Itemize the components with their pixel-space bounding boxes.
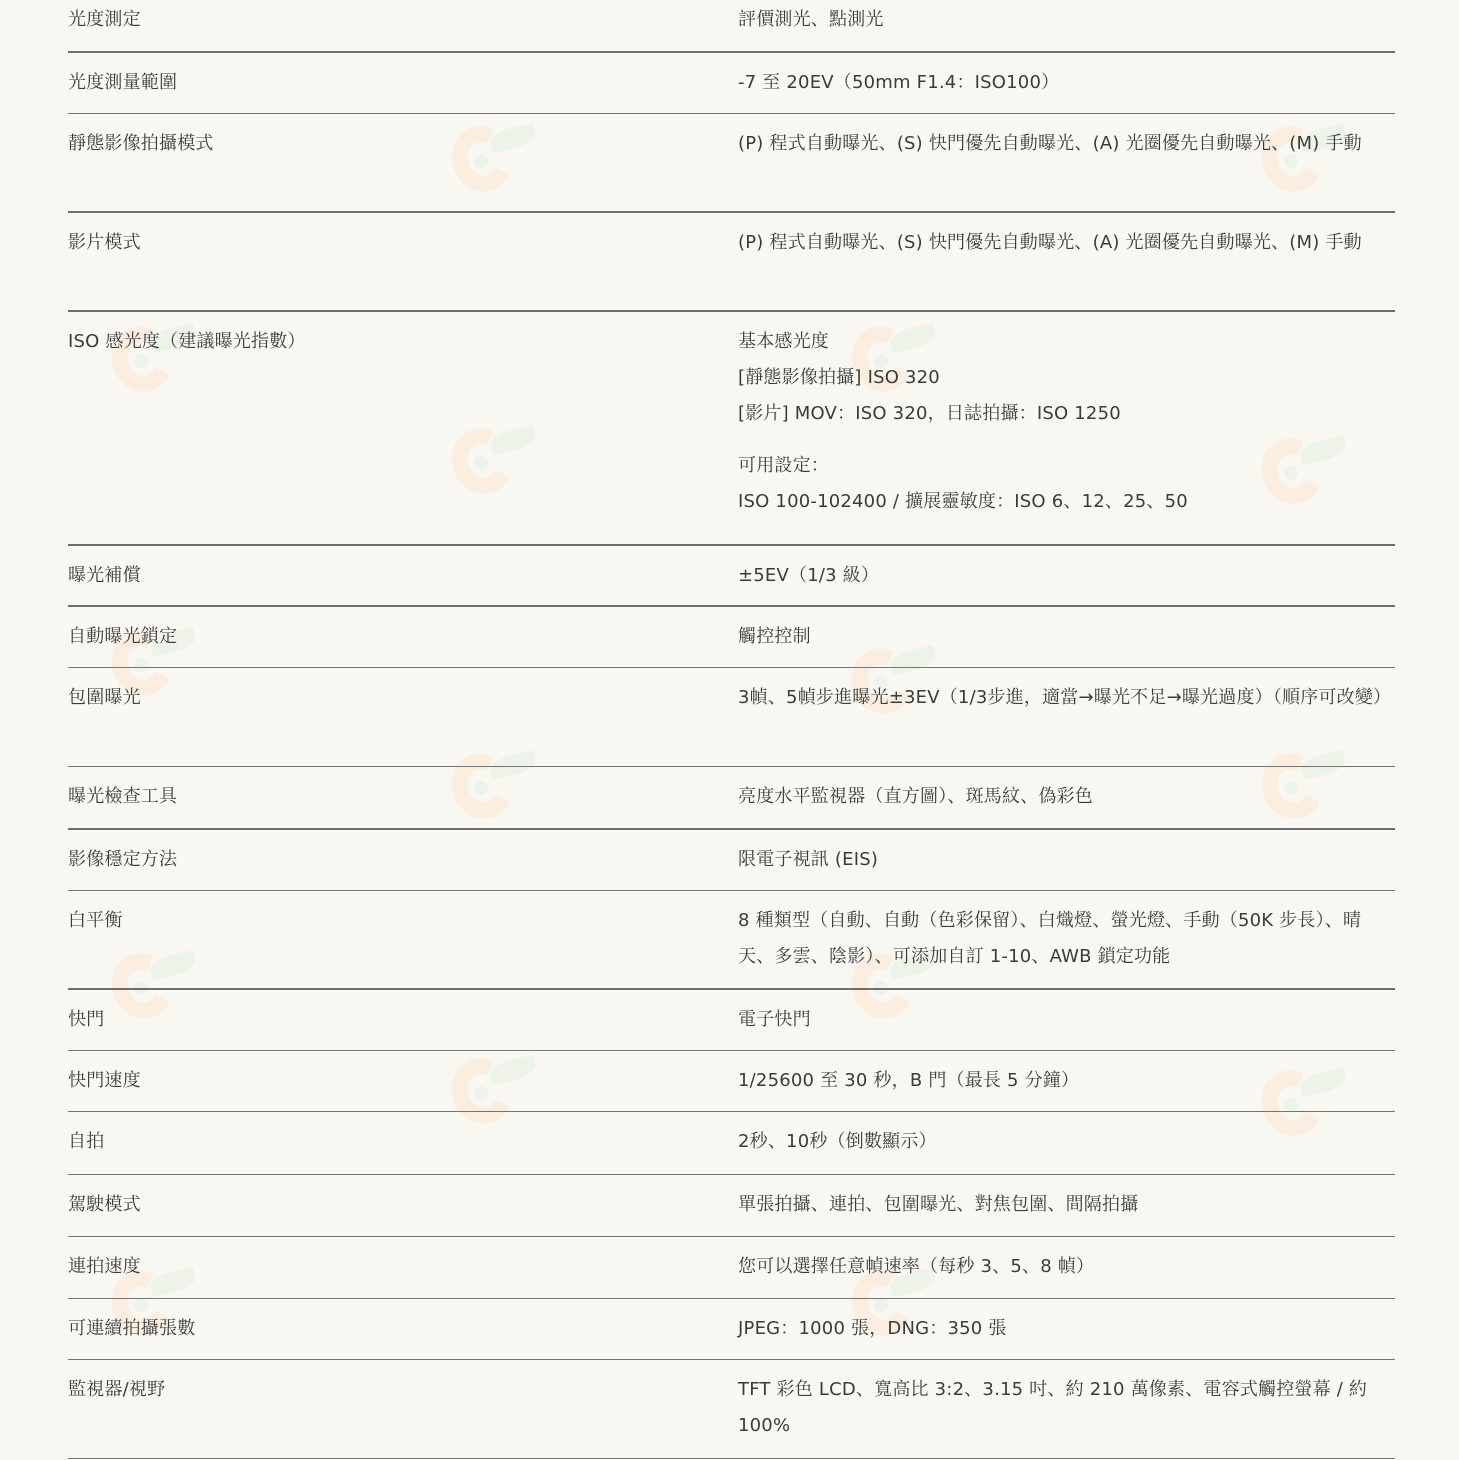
spec-value: 1/25600 至 30 秒，B 門（最長 5 分鐘） [738, 1051, 1395, 1111]
spec-label: 監視器/視野 [68, 1360, 738, 1458]
spec-label: 影像穩定方法 [68, 830, 738, 890]
spec-row-burst-speed: 連拍速度 您可以選擇任意幀速率（每秒 3、5、8 幀） [68, 1237, 1395, 1299]
spec-label: 自拍 [68, 1112, 738, 1174]
spec-row-metering-range: 光度測量範圍 -7 至 20EV（50mm F1.4：ISO100） [68, 53, 1395, 114]
spec-value: ±5EV（1/3 級） [738, 546, 1395, 605]
spec-value: TFT 彩色 LCD、寬高比 3:2、3.15 吋、約 210 萬像素、電容式觸… [738, 1360, 1395, 1458]
spec-row-burst-capacity: 可連續拍攝張數 JPEG：1000 張，DNG：350 張 [68, 1299, 1395, 1360]
spec-label: 光度測量範圍 [68, 53, 738, 113]
spec-value: 評價測光、點測光 [738, 0, 1395, 51]
spec-label: 快門 [68, 990, 738, 1050]
spec-row-iso: ISO 感光度（建議曝光指數） 基本感光度 [靜態影像拍攝] ISO 320 [… [68, 312, 1395, 546]
spec-label: 快門速度 [68, 1051, 738, 1111]
spec-value: 觸控控制 [738, 607, 1395, 667]
spec-value: -7 至 20EV（50mm F1.4：ISO100） [738, 53, 1395, 113]
spec-value: 電子快門 [738, 990, 1395, 1050]
spec-value: (P) 程式自動曝光、(S) 快門優先自動曝光、(A) 光圈優先自動曝光、(M)… [738, 213, 1395, 310]
spec-row-self-timer: 自拍 2秒、10秒（倒數顯示） [68, 1112, 1395, 1175]
spec-label: 連拍速度 [68, 1237, 738, 1298]
spec-row-shutter-speed: 快門速度 1/25600 至 30 秒，B 門（最長 5 分鐘） [68, 1051, 1395, 1112]
spec-label: 可連續拍攝張數 [68, 1299, 738, 1359]
spec-label: 白平衡 [68, 891, 738, 988]
spec-value: 限電子視訊 (EIS) [738, 830, 1395, 890]
spec-label: 包圍曝光 [68, 668, 738, 766]
spec-row-shutter: 快門 電子快門 [68, 990, 1395, 1051]
spec-value: JPEG：1000 張，DNG：350 張 [738, 1299, 1395, 1359]
spec-row-still-modes: 靜態影像拍攝模式 (P) 程式自動曝光、(S) 快門優先自動曝光、(A) 光圈優… [68, 114, 1395, 213]
spec-row-bracketing: 包圍曝光 3幀、5幀步進曝光±3EV（1/3步進，適當→曝光不足→曝光過度）（順… [68, 668, 1395, 767]
spec-row-exposure-tools: 曝光檢查工具 亮度水平監視器（直方圖）、斑馬紋、偽彩色 [68, 767, 1395, 830]
spec-row-monitor: 監視器/視野 TFT 彩色 LCD、寬高比 3:2、3.15 吋、約 210 萬… [68, 1360, 1395, 1459]
spec-label: 曝光檢查工具 [68, 767, 738, 828]
spec-row-exposure-compensation: 曝光補償 ±5EV（1/3 級） [68, 546, 1395, 607]
spec-value: 2秒、10秒（倒數顯示） [738, 1112, 1395, 1174]
spec-row-video-modes: 影片模式 (P) 程式自動曝光、(S) 快門優先自動曝光、(A) 光圈優先自動曝… [68, 213, 1395, 312]
spec-value: 8 種類型（自動、自動（色彩保留）、白熾燈、螢光燈、手動（50K 步長）、晴天、… [738, 891, 1395, 988]
spec-value: 亮度水平監視器（直方圖）、斑馬紋、偽彩色 [738, 767, 1395, 828]
spec-label: 靜態影像拍攝模式 [68, 114, 738, 211]
spec-row-drive-mode: 駕駛模式 單張拍攝、連拍、包圍曝光、對焦包圍、間隔拍攝 [68, 1175, 1395, 1237]
spec-row-metering: 光度測定 評價測光、點測光 [68, 0, 1395, 53]
spec-value: 基本感光度 [靜態影像拍攝] ISO 320 [影片] MOV：ISO 320，… [738, 312, 1395, 544]
spec-label: 駕駛模式 [68, 1175, 738, 1236]
spec-label: 曝光補償 [68, 546, 738, 605]
spec-row-stabilization: 影像穩定方法 限電子視訊 (EIS) [68, 830, 1395, 891]
spec-label: 光度測定 [68, 0, 738, 51]
spec-value: 您可以選擇任意幀速率（每秒 3、5、8 幀） [738, 1237, 1395, 1298]
spec-table: 光度測定 評價測光、點測光 光度測量範圍 -7 至 20EV（50mm F1.4… [68, 0, 1395, 1459]
spec-value: 單張拍攝、連拍、包圍曝光、對焦包圍、間隔拍攝 [738, 1175, 1395, 1236]
spec-row-ae-lock: 自動曝光鎖定 觸控控制 [68, 607, 1395, 668]
spec-label: ISO 感光度（建議曝光指數） [68, 312, 738, 544]
spec-value: 3幀、5幀步進曝光±3EV（1/3步進，適當→曝光不足→曝光過度）（順序可改變） [738, 668, 1395, 766]
spec-label: 影片模式 [68, 213, 738, 310]
spec-label: 自動曝光鎖定 [68, 607, 738, 667]
spec-value: (P) 程式自動曝光、(S) 快門優先自動曝光、(A) 光圈優先自動曝光、(M)… [738, 114, 1395, 211]
spec-row-white-balance: 白平衡 8 種類型（自動、自動（色彩保留）、白熾燈、螢光燈、手動（50K 步長）… [68, 891, 1395, 990]
